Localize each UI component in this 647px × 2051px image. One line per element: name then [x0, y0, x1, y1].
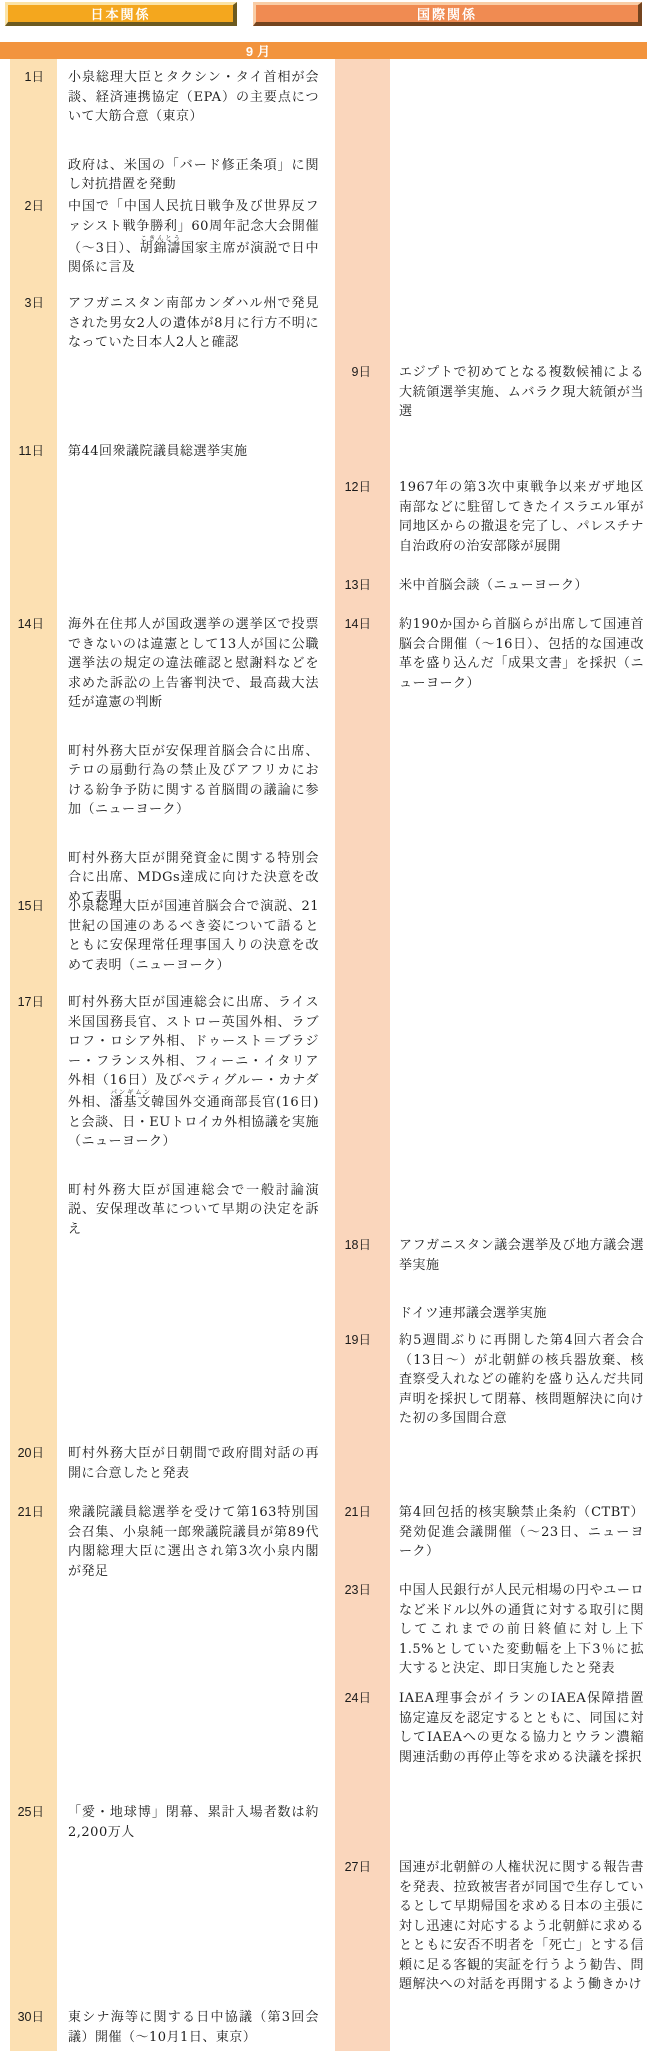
entry-date: 19日 — [335, 1331, 390, 1351]
entry-text: アフガニスタン議会選挙及び地方議会選挙実施 — [399, 1236, 644, 1275]
entry-text: ドイツ連邦議会選挙実施 — [399, 1304, 644, 1324]
entry-text: 国連が北朝鮮の人権状況に関する報告書を発表、拉致被害者が同国で生存しているとして… — [399, 1858, 644, 1995]
entry-text: 約5週間ぶりに再開した第4回六者会合（13日～）が北朝鮮の核兵器放棄、核査察受入… — [399, 1331, 644, 1429]
entry-text: 1967年の第3次中東戦争以来ガザ地区南部などに駐留してきたイスラエル軍が同地区… — [399, 478, 644, 556]
entry-date: 13日 — [335, 576, 390, 596]
entry-body: 1967年の第3次中東戦争以来ガザ地区南部などに駐留してきたイスラエル軍が同地区… — [399, 478, 644, 556]
entry-body: 約5週間ぶりに再開した第4回六者会合（13日～）が北朝鮮の核兵器放棄、核査察受入… — [399, 1331, 644, 1429]
entry-date: 24日 — [335, 1689, 390, 1709]
chronology-page: 日本関係 国際関係 9月 1日小泉総理大臣とタクシン・タイ首相が会談、経済連携協… — [0, 0, 647, 2051]
entry-body: 約190か国から首脳らが出席して国連首脳会合開催（～16日）、包括的な国連改革を… — [399, 615, 644, 693]
entry-date: 14日 — [335, 615, 390, 635]
entry-date: 9日 — [335, 363, 390, 383]
entry-date: 21日 — [335, 1503, 390, 1523]
entry-body: アフガニスタン議会選挙及び地方議会選挙実施ドイツ連邦議会選挙実施 — [399, 1236, 644, 1324]
entry-date: 27日 — [335, 1858, 390, 1878]
entry-text: 約190か国から首脳らが出席して国連首脳会合開催（～16日）、包括的な国連改革を… — [399, 615, 644, 693]
international-column: 9日エジプトで初めてとなる複数候補による大統領選挙実施、ムバラク現大統領が当選1… — [0, 0, 647, 2051]
entry-body: 国連が北朝鮮の人権状況に関する報告書を発表、拉致被害者が同国で生存しているとして… — [399, 1858, 644, 1995]
entry-body: 中国人民銀行が人民元相場の円やユーロなど米ドル以外の通貨に対する取引に関してこれ… — [399, 1581, 644, 1679]
entry-text: エジプトで初めてとなる複数候補による大統領選挙実施、ムバラク現大統領が当選 — [399, 363, 644, 422]
entry-text: 米中首脳会談（ニューヨーク） — [399, 576, 644, 596]
entry-body: 米中首脳会談（ニューヨーク） — [399, 576, 644, 596]
entry-text: 中国人民銀行が人民元相場の円やユーロなど米ドル以外の通貨に対する取引に関してこれ… — [399, 1581, 644, 1679]
entry-date: 18日 — [335, 1236, 390, 1256]
entry-date: 12日 — [335, 478, 390, 498]
entry-body: エジプトで初めてとなる複数候補による大統領選挙実施、ムバラク現大統領が当選 — [399, 363, 644, 422]
entry-date: 23日 — [335, 1581, 390, 1601]
entry-body: 第4回包括的核実験禁止条約（CTBT）発効促進会議開催（～23日、ニューヨーク） — [399, 1503, 644, 1562]
entry-text: 第4回包括的核実験禁止条約（CTBT）発効促進会議開催（～23日、ニューヨーク） — [399, 1503, 644, 1562]
entry-text: IAEA理事会がイランのIAEA保障措置協定違反を認定するとともに、同国に対して… — [399, 1689, 644, 1767]
entry-body: IAEA理事会がイランのIAEA保障措置協定違反を認定するとともに、同国に対して… — [399, 1689, 644, 1767]
